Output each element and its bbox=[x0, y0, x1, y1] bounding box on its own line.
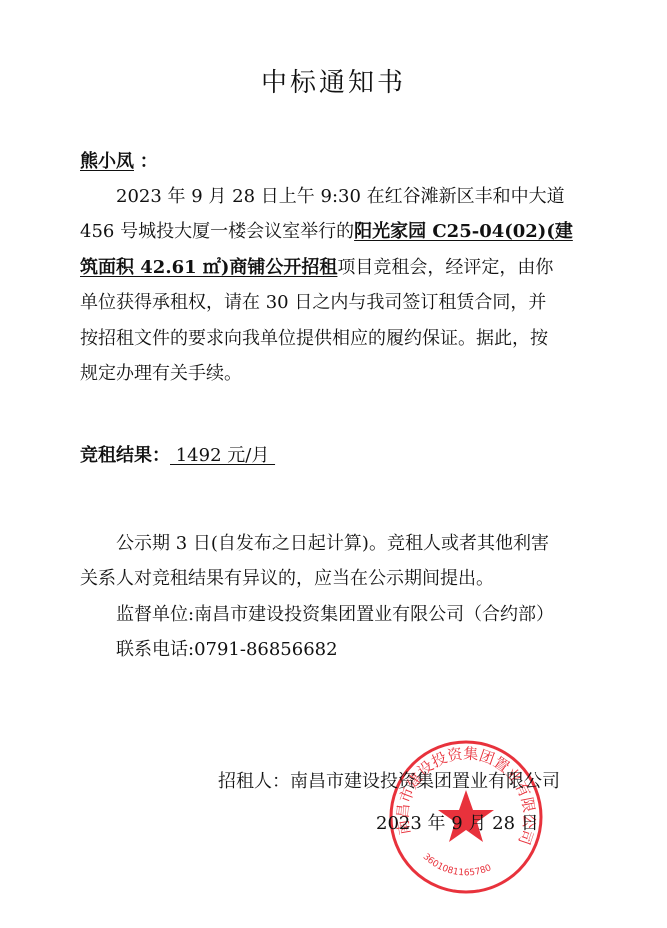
recipient-name: 熊小凤 bbox=[80, 151, 134, 172]
body-line-1: 2023 年 9 月 28 日上午 9:30 在红谷滩新区丰和中大道 bbox=[116, 185, 565, 209]
body-line-3: 筑面积 42.61 ㎡)商铺公开招租项目竞租会，经评定，由你 bbox=[80, 256, 553, 280]
body-line-3-text: 项目竞租会，经评定，由你 bbox=[337, 257, 553, 278]
recipient-line: 熊小凤 ： bbox=[80, 150, 158, 174]
supervisor-line: 监督单位:南昌市建设投资集团置业有限公司（合约部） bbox=[116, 603, 554, 627]
project-name: 阳光家园 C25-04(02)(建 bbox=[354, 221, 573, 242]
lessor-signature: 招租人：南昌市建设投资集团置业有限公司 bbox=[218, 770, 560, 794]
project-name-cont: 筑面积 42.61 ㎡)商铺公开招租 bbox=[80, 257, 337, 278]
body-line-5: 按招租文件的要求向我单位提供相应的履约保证。据此，按 bbox=[80, 327, 548, 351]
document-title: 中标通知书 bbox=[0, 62, 667, 99]
result-line: 竞租结果： 1492 元/月 bbox=[80, 444, 275, 468]
notice-line-1: 公示期 3 日(自发布之日起计算)。竞租人或者其他利害 bbox=[116, 532, 549, 556]
result-label: 竞租结果： bbox=[80, 445, 170, 466]
phone-line: 联系电话:0791-86856682 bbox=[116, 638, 338, 662]
result-value: 1492 元/月 bbox=[170, 445, 275, 466]
notice-line-2: 关系人对竞租结果有异议的，应当在公示期间提出。 bbox=[80, 567, 494, 591]
body-line-4: 单位获得承租权，请在 30 日之内与我司签订租赁合同，并 bbox=[80, 291, 546, 315]
recipient-colon: ： bbox=[140, 151, 158, 172]
body-line-2-text: 456 号城投大厦一楼会议室举行的 bbox=[80, 221, 354, 242]
signature-date: 2023 年 9 月 28 日 bbox=[376, 812, 539, 836]
body-line-2: 456 号城投大厦一楼会议室举行的阳光家园 C25-04(02)(建 bbox=[80, 220, 573, 244]
svg-text:3601081165780: 3601081165780 bbox=[421, 852, 494, 878]
body-line-6: 规定办理有关手续。 bbox=[80, 362, 242, 386]
